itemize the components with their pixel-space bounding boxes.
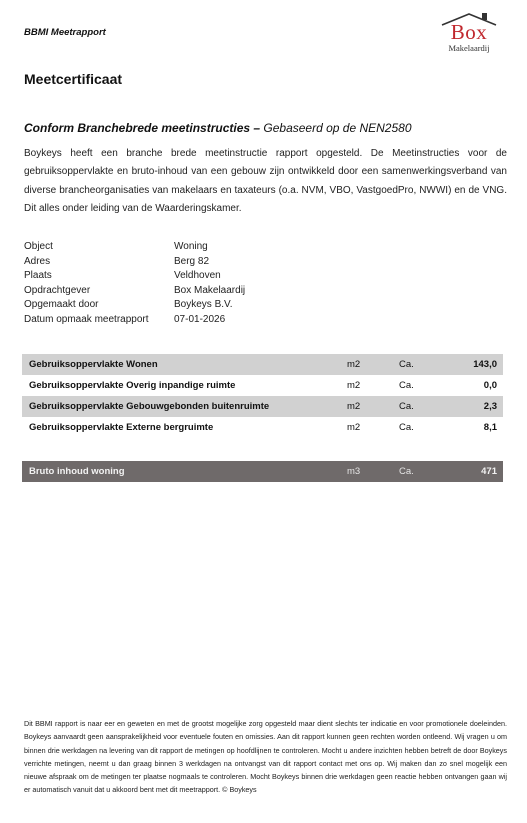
row-unit: m2 xyxy=(347,380,399,391)
row-approx: Ca. xyxy=(399,401,459,412)
info-row-datum: Datum opmaak meetrapport 07-01-2026 xyxy=(24,313,245,328)
logo-subtitle: Makelaardij xyxy=(436,43,502,53)
table-row: Gebruiksoppervlakte Overig inpandige rui… xyxy=(22,375,503,396)
info-row-opdrachtgever: Opdrachtgever Box Makelaardij xyxy=(24,284,245,299)
row-label: Gebruiksoppervlakte Externe bergruimte xyxy=(22,422,347,433)
row-label: Bruto inhoud woning xyxy=(22,466,347,477)
subtitle: Conform Branchebrede meetinstructies – G… xyxy=(24,121,412,135)
info-value: 07-01-2026 xyxy=(174,313,225,328)
row-unit: m3 xyxy=(347,466,399,477)
area-table: Gebruiksoppervlakte Wonen m2 Ca. 143,0 G… xyxy=(22,354,503,438)
volume-row: Bruto inhoud woning m3 Ca. 471 xyxy=(22,461,503,482)
info-label: Plaats xyxy=(24,269,174,284)
row-unit: m2 xyxy=(347,401,399,412)
table-row: Gebruiksoppervlakte Gebouwgebonden buite… xyxy=(22,396,503,417)
object-info: Object Woning Adres Berg 82 Plaats Veldh… xyxy=(24,240,245,327)
info-label: Datum opmaak meetrapport xyxy=(24,313,174,328)
table-row: Gebruiksoppervlakte Wonen m2 Ca. 143,0 xyxy=(22,354,503,375)
info-value: Boykeys B.V. xyxy=(174,298,233,313)
info-value: Veldhoven xyxy=(174,269,221,284)
row-label: Gebruiksoppervlakte Wonen xyxy=(22,359,347,370)
row-unit: m2 xyxy=(347,359,399,370)
info-label: Object xyxy=(24,240,174,255)
row-value: 0,0 xyxy=(459,380,503,391)
row-unit: m2 xyxy=(347,422,399,433)
page-title: Meetcertificaat xyxy=(24,71,122,87)
company-logo: Box Makelaardij xyxy=(436,11,502,55)
row-value: 471 xyxy=(459,466,503,477)
disclaimer: Dit BBMI rapport is naar eer en geweten … xyxy=(24,717,507,797)
row-value: 8,1 xyxy=(459,422,503,433)
info-value: Berg 82 xyxy=(174,255,209,270)
row-value: 2,3 xyxy=(459,401,503,412)
row-approx: Ca. xyxy=(399,359,459,370)
logo-brand: Box xyxy=(438,22,500,43)
info-row-opgemaakt-door: Opgemaakt door Boykeys B.V. xyxy=(24,298,245,313)
row-value: 143,0 xyxy=(459,359,503,370)
row-approx: Ca. xyxy=(399,466,459,477)
info-value: Woning xyxy=(174,240,208,255)
info-label: Adres xyxy=(24,255,174,270)
volume-table: Bruto inhoud woning m3 Ca. 471 xyxy=(22,461,503,482)
info-value: Box Makelaardij xyxy=(174,284,245,299)
info-row-object: Object Woning xyxy=(24,240,245,255)
row-approx: Ca. xyxy=(399,380,459,391)
report-header-title: BBMI Meetrapport xyxy=(24,27,106,38)
row-approx: Ca. xyxy=(399,422,459,433)
subtitle-normal: Gebaseerd op de NEN2580 xyxy=(260,121,411,135)
info-row-adres: Adres Berg 82 xyxy=(24,255,245,270)
info-row-plaats: Plaats Veldhoven xyxy=(24,269,245,284)
row-label: Gebruiksoppervlakte Overig inpandige rui… xyxy=(22,380,347,391)
info-label: Opgemaakt door xyxy=(24,298,174,313)
intro-paragraph: Boykeys heeft een branche brede meetinst… xyxy=(24,145,507,218)
info-label: Opdrachtgever xyxy=(24,284,174,299)
table-row: Gebruiksoppervlakte Externe bergruimte m… xyxy=(22,417,503,438)
subtitle-bold: Conform Branchebrede meetinstructies – xyxy=(24,121,260,135)
row-label: Gebruiksoppervlakte Gebouwgebonden buite… xyxy=(22,401,347,412)
